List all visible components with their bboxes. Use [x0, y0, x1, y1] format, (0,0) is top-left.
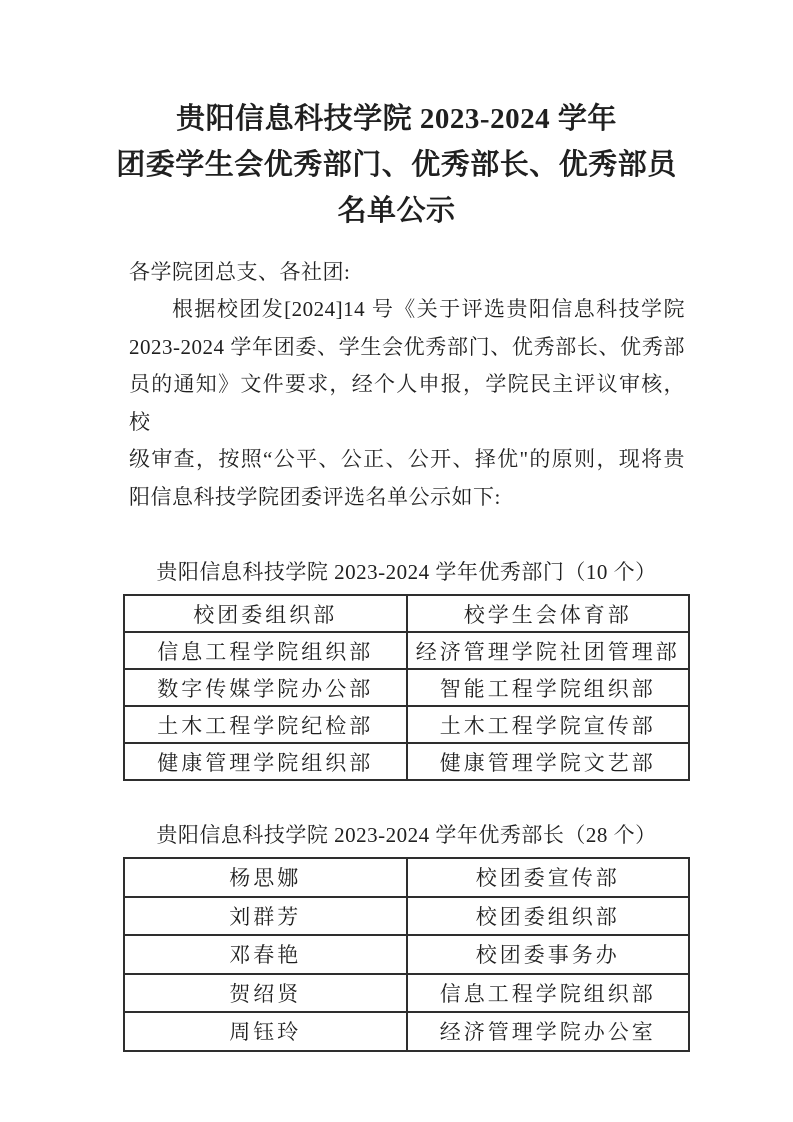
table-row: 杨思娜 校团委宣传部 [124, 858, 689, 897]
outstanding-departments-table: 校团委组织部 校学生会体育部 信息工程学院组织部 经济管理学院社团管理部 数字传… [123, 594, 690, 781]
table-row: 贺绍贤 信息工程学院组织部 [124, 974, 689, 1013]
table-row: 土木工程学院纪检部 土木工程学院宣传部 [124, 706, 689, 743]
paragraph-line-3: 员的通知》文件要求，经个人申报，学院民主评议审核，校 [129, 366, 685, 441]
body-paragraph: 根据校团发[2024]14 号《关于评选贵阳信息科技学院 2023-2024 学… [129, 291, 685, 516]
table-cell: 智能工程学院组织部 [407, 669, 690, 706]
salutation: 各学院团总支、各社团: [129, 253, 685, 291]
table-cell: 健康管理学院组织部 [124, 743, 407, 780]
title-line-3: 名单公示 [0, 188, 793, 234]
minister-name-cell: 杨思娜 [124, 858, 407, 897]
minister-dept-cell: 信息工程学院组织部 [407, 974, 690, 1013]
outstanding-ministers-table: 杨思娜 校团委宣传部 刘群芳 校团委组织部 邓春艳 校团委事务办 贺绍贤 信息工… [123, 857, 690, 1052]
minister-name-cell: 刘群芳 [124, 897, 407, 936]
table-cell: 数字传媒学院办公部 [124, 669, 407, 706]
paragraph-line-2: 2023-2024 学年团委、学生会优秀部门、优秀部长、优秀部 [129, 329, 685, 367]
document-title: 贵阳信息科技学院 2023-2024 学年 团委学生会优秀部门、优秀部长、优秀部… [0, 0, 793, 234]
minister-name-cell: 周钰玲 [124, 1012, 407, 1051]
paragraph-line-4: 级审查，按照“公平、公正、公开、择优"的原则，现将贵 [129, 441, 685, 479]
table-cell: 校团委组织部 [124, 595, 407, 632]
table-row: 刘群芳 校团委组织部 [124, 897, 689, 936]
table-row: 健康管理学院组织部 健康管理学院文艺部 [124, 743, 689, 780]
table-cell: 校学生会体育部 [407, 595, 690, 632]
table-cell: 土木工程学院纪检部 [124, 706, 407, 743]
title-line-2: 团委学生会优秀部门、优秀部长、优秀部员 [0, 142, 793, 188]
minister-dept-cell: 校团委宣传部 [407, 858, 690, 897]
table-cell: 土木工程学院宣传部 [407, 706, 690, 743]
title-line-1: 贵阳信息科技学院 2023-2024 学年 [0, 96, 793, 142]
table-row: 周钰玲 经济管理学院办公室 [124, 1012, 689, 1051]
table-row: 信息工程学院组织部 经济管理学院社团管理部 [124, 632, 689, 669]
paragraph-line-5: 阳信息科技学院团委评选名单公示如下: [129, 479, 685, 517]
table-row: 数字传媒学院办公部 智能工程学院组织部 [124, 669, 689, 706]
minister-name-cell: 邓春艳 [124, 935, 407, 974]
outstanding-departments-caption: 贵阳信息科技学院 2023-2024 学年优秀部门（10 个） [123, 558, 690, 587]
outstanding-ministers-caption: 贵阳信息科技学院 2023-2024 学年优秀部长（28 个） [123, 821, 690, 850]
table-row: 邓春艳 校团委事务办 [124, 935, 689, 974]
minister-dept-cell: 校团委组织部 [407, 897, 690, 936]
table-row: 校团委组织部 校学生会体育部 [124, 595, 689, 632]
minister-dept-cell: 经济管理学院办公室 [407, 1012, 690, 1051]
table-cell: 健康管理学院文艺部 [407, 743, 690, 780]
table-cell: 经济管理学院社团管理部 [407, 632, 690, 669]
minister-name-cell: 贺绍贤 [124, 974, 407, 1013]
document-page: 贵阳信息科技学院 2023-2024 学年 团委学生会优秀部门、优秀部长、优秀部… [0, 0, 793, 1122]
paragraph-line-1: 根据校团发[2024]14 号《关于评选贵阳信息科技学院 [129, 291, 685, 329]
minister-dept-cell: 校团委事务办 [407, 935, 690, 974]
table-cell: 信息工程学院组织部 [124, 632, 407, 669]
